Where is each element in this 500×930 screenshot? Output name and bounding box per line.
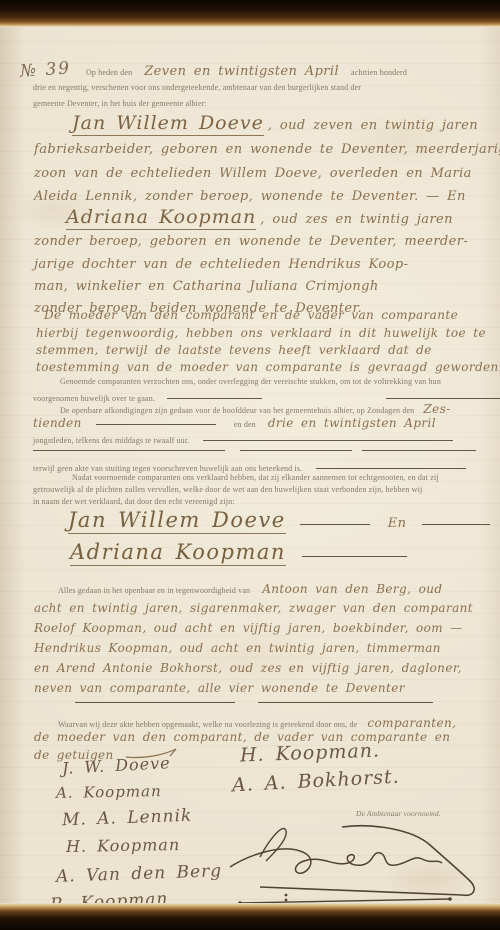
blank-rule xyxy=(362,450,476,451)
bride-line-1: Adriana Koopman , oud zes en twintig jar… xyxy=(66,206,453,228)
banns-line-3: jongstleden, telkens des middags te twaa… xyxy=(33,430,453,448)
opening-line-2: drie en negentig, verschenen voor ons on… xyxy=(33,82,361,93)
groom-line-4: Aleida Lennik, zonder beroep, wonende te… xyxy=(34,189,466,204)
married-bride-line: Adriana Koopman xyxy=(70,540,407,564)
blank-rule xyxy=(302,554,407,557)
closing-hand-1: comparanten, xyxy=(367,716,456,730)
blank-rule xyxy=(96,422,216,425)
signature-witness-vandenberg: A. Van den Berg xyxy=(56,861,223,887)
closing-line-2: de moeder van den comparant, de vader va… xyxy=(34,730,450,744)
marriage-date-handwritten: Zeven en twintigsten April xyxy=(144,64,339,79)
book-bottom-edge xyxy=(0,903,500,930)
blank-rule xyxy=(75,702,235,703)
blank-rule xyxy=(386,396,500,399)
official-signature-flourish xyxy=(222,815,494,915)
witnesses-line-6: neven van comparante, alle vier wonende … xyxy=(34,681,405,695)
groom-name: Jan Willem Doeve xyxy=(72,112,264,136)
bride-name: Adriana Koopman xyxy=(66,206,256,230)
witnesses-line-1: Alles gedaan in het openbaar en in tegen… xyxy=(58,580,442,598)
blank-rule xyxy=(258,702,433,703)
book-top-edge xyxy=(0,0,500,27)
signature-bride: A. Koopman xyxy=(56,782,162,802)
bride-line-2: zonder beroep, geboren en wonende te Dev… xyxy=(34,234,468,249)
groom-line-2: fabrieksarbeider, geboren en wonende te … xyxy=(34,142,500,157)
witnesses-line-3: Roelof Koopman, oud acht en vijftig jare… xyxy=(34,621,463,635)
groom-line-1: Jan Willem Doeve , oud zeven en twintig … xyxy=(72,112,478,134)
married-groom-line: Jan Willem Doeve En xyxy=(68,508,490,532)
signature-father-bride: H. Koopman. xyxy=(240,740,381,767)
blank-rule xyxy=(300,522,370,525)
married-bride-name: Adriana Koopman xyxy=(70,540,286,566)
banns-date1-end: tienden xyxy=(33,416,82,430)
bride-line-4: man, winkelier en Catharina Juliana Crim… xyxy=(34,279,379,294)
witness-1-name: Antoon van den Berg, oud xyxy=(262,582,442,596)
witnesses-line-2: acht en twintig jaren, sigarenmaker, zwa… xyxy=(34,601,473,615)
consent-line-1: De moeder van den comparant en de vader … xyxy=(44,308,458,322)
bride-line-3: jarige dochter van de echtelieden Hendri… xyxy=(34,257,408,272)
document-page: № 39 Op heden den Zeven en twintigsten A… xyxy=(0,20,500,910)
declaration-line-3: in naam der wet verklaard, dat door den … xyxy=(33,496,235,507)
blank-rule xyxy=(240,450,352,451)
act-number: № 39 xyxy=(19,58,71,82)
opening-line-3: gemeente Deventer, in het huis der gemee… xyxy=(33,98,207,109)
consent-line-3: stemmen, terwijl de laatste tevens heeft… xyxy=(36,343,432,357)
opening-pre: Op heden den xyxy=(86,68,132,77)
married-groom-name: Jan Willem Doeve xyxy=(68,508,286,534)
married-conjunction: En xyxy=(388,516,407,531)
blank-rule xyxy=(316,466,466,469)
banns-date2: drie en twintigsten April xyxy=(268,416,436,430)
request-line-1: Genoemde comparanten verzochten ons, ond… xyxy=(60,376,441,387)
groom-line-3: zoon van de echtelieden Willem Doeve, ov… xyxy=(34,166,472,181)
blank-rule xyxy=(422,522,490,525)
blank-rule xyxy=(33,450,225,451)
signature-witness-bokhorst: A. A. Bokhorst. xyxy=(232,766,401,797)
witnesses-line-4: Hendrikus Koopman, oud acht en twintig j… xyxy=(34,641,441,655)
bride-age: , oud zes en twintig jaren xyxy=(260,212,453,227)
opening-post: achttien honderd xyxy=(351,68,407,77)
declaration-line-1: Nadat voornoemde comparanten ons verklaa… xyxy=(72,472,439,483)
consent-line-2: hierbij tegenwoordig, hebben ons verklaa… xyxy=(36,326,486,340)
blank-rule xyxy=(203,438,453,441)
consent-line-4: toestemming van de moeder van comparante… xyxy=(36,360,500,374)
signature-mother-groom: M. A. Lennik xyxy=(62,806,193,831)
scanned-register-page: № 39 Op heden den Zeven en twintigsten A… xyxy=(0,0,500,930)
declaration-line-2: getrouwelijk al de plichten zullen vervu… xyxy=(33,484,422,495)
opening-line-1: Op heden den Zeven en twintigsten April … xyxy=(86,62,407,80)
blank-rule xyxy=(167,396,262,399)
witnesses-line-5: en Arend Antonie Bokhorst, oud zes en vi… xyxy=(34,661,462,675)
signature-witness-koopman: H. Koopman xyxy=(66,835,180,856)
groom-age: , oud zeven en twintig jaren xyxy=(268,118,478,133)
